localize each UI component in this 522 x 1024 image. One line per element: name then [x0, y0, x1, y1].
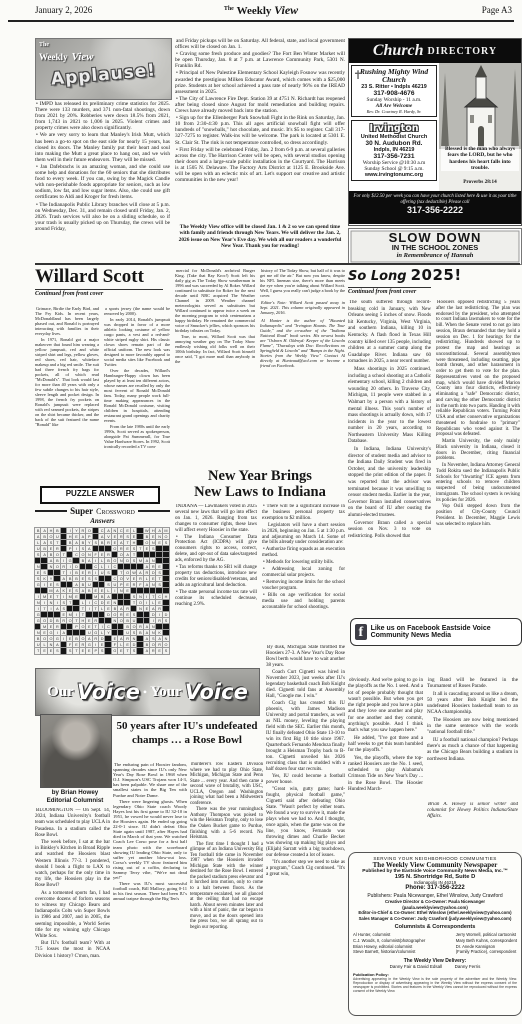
so-long-article-head: So Long 2025! Continued from front cover — [348, 266, 520, 295]
brian-howey-photo — [40, 714, 112, 788]
footer-columnists-left: Al Hunter, columnist C.J. Woods, II, col… — [353, 932, 425, 954]
rose-bowl-col4: By dusk, Michigan State throttled the Ho… — [266, 645, 345, 1013]
briefs-column-2: and Friday pickups will be on Saturday. … — [175, 38, 345, 222]
footer-staff2: Editor-in-Chief & Co-Owner: Ethel Winslo… — [353, 910, 517, 916]
willard-col1: Grimace, Birdie the Early Bird, and The … — [35, 306, 99, 482]
our-voice-word4: Voice — [185, 680, 248, 704]
church-ad1-phone: 317-908-4676 — [353, 90, 435, 97]
super-crossword-bold: Super — [70, 506, 93, 516]
church-photo-illustration — [439, 63, 521, 191]
willard-col4-text: history of The Today Show, but half of i… — [260, 268, 345, 298]
church-listing-offer: For only $12.50 per week you can have yo… — [349, 194, 521, 205]
willard-scott-article-head: Willard Scott Continued from front cover — [35, 267, 170, 297]
masthead: The Weekly View — [0, 3, 522, 18]
rose-bowl-col3: murderer's row Eastern Division where we… — [190, 762, 263, 1012]
rose-bowl-col1: BLOOMINGTON — On Sept. 14, 2024, Indiana… — [35, 808, 110, 1012]
footer-columnists-right: Jerry Wornell, political cartoonist Mary… — [456, 932, 517, 954]
rose-bowl-headline-line2: champs … a Rose Bowl — [116, 734, 258, 748]
paper-info-box: SERVING YOUR NEIGHBORHOOD COMMUNITIES Th… — [348, 852, 522, 1016]
facebook-banner-text: Like us on Facebook Eastside Voice Commu… — [371, 625, 517, 639]
crossword-grid: BAHBIYROCANCELWHAMABOUHEAPAVERSEBENOLAST… — [34, 527, 170, 655]
footer-policy-text: Advertising appearing in the Weekly View… — [353, 977, 517, 993]
slow-down-line3: in Remembrance of Hannah — [349, 252, 521, 259]
briefs-column-1: • IMPD has released its preliminary crim… — [35, 101, 170, 261]
section-rule — [35, 263, 520, 265]
church-title-script: Church — [373, 42, 424, 60]
rose-bowl-col2: The enduring pain of Hoosier fandom, spa… — [113, 762, 187, 1012]
so-long-title-year: 2025! — [411, 266, 462, 284]
footer-paper-name: The Weekly View Community Newspaper — [353, 861, 517, 869]
rose-bowl-author-bio: Brian A. Howey is senior writer and colu… — [427, 802, 518, 842]
church-ad1-pastor: Rev. Dr. Courtney R. Hardy, Sr. — [353, 109, 435, 114]
our-voice-word1: Our — [47, 684, 74, 701]
willard-col3: mercial for McDonald's archrival Burger … — [175, 268, 255, 464]
facebook-banner[interactable]: f Like us on Facebook Eastside Voice Com… — [350, 618, 522, 646]
answers-label: Answers — [35, 517, 170, 525]
new-laws-col2: • There will be a significant increase i… — [262, 504, 345, 648]
so-long-title-script: So Long — [348, 269, 407, 284]
willard-title: Willard Scott — [35, 267, 170, 287]
church-ad2-phone: 317-356-7231 — [353, 153, 435, 160]
header-rule — [8, 20, 514, 22]
willard-col4: history of The Today Show, but half of i… — [260, 268, 345, 464]
logo-view: View — [72, 51, 94, 63]
rule-left — [35, 510, 67, 512]
rose-bowl-col5: obviously. And we're going to go in the … — [348, 677, 423, 845]
new-laws-headline: New Year Brings New Laws to Indiana — [175, 468, 345, 500]
scripture-reference: Proverbs 28:14 — [441, 179, 519, 185]
church-ad-rushing-mighty-wind: ✝ Rushing Mighty Wind Church 23 S. Ritte… — [351, 65, 437, 117]
new-laws-title-line1: New Year Brings — [175, 468, 345, 484]
footer-columnists-title: Columnists & Correspondents — [353, 924, 517, 930]
newspaper-page: January 2, 2026 The Weekly View Page A3 … — [0, 0, 522, 1024]
masthead-the: The — [224, 6, 234, 12]
so-long-col2: Hoosiers opposed redistricting 5 years a… — [436, 300, 520, 614]
willard-continued: Continued from front cover — [35, 289, 163, 297]
masthead-weekly: Weekly — [237, 5, 272, 17]
church-photo: Blessed is the man who always fears the … — [439, 63, 521, 191]
our-voice-word3: Your — [150, 684, 182, 701]
church-ad1-name: Rushing Mighty Wind Church — [353, 68, 435, 84]
weekly-view-logo: TheWeekly View — [39, 42, 94, 64]
church-ad2-website[interactable]: www.irvingtonumc.org — [353, 172, 435, 178]
rose-bowl-headline: 50 years after IU's undefeated champs … … — [116, 720, 258, 747]
page-number: Page A3 — [482, 5, 512, 15]
rule-right — [138, 510, 170, 512]
byline-role: Editorial Columnist — [35, 797, 115, 805]
applause-graphic: TheWeekly View Applause! — [35, 38, 172, 100]
our-voice-word2: Voice — [77, 680, 140, 704]
puzzle-answer-label: PUZZLE ANSWER — [40, 486, 160, 504]
footer-staff3: Sales Manager & Co-Owner: Judy Crawford … — [353, 916, 517, 922]
church-directory: Church DIRECTORY ✝ Rushing Mighty Wind C… — [348, 38, 522, 226]
so-long-col1: The south suffered through record-breaki… — [348, 300, 431, 614]
church-title-caps: DIRECTORY — [428, 46, 498, 57]
church-listing-phone: 317-356-2222 — [349, 205, 521, 215]
cross-icon: ✝ — [353, 68, 363, 83]
our-voice-banner: Our Voice • Your Voice — [35, 668, 260, 716]
church-directory-header: Church DIRECTORY — [349, 39, 521, 63]
super-crossword-rest: Crossword — [96, 507, 135, 516]
slow-down-notice: SLOW DOWN IN THE SCHOOL ZONES in Remembr… — [348, 228, 522, 265]
scripture-verse: Blessed is the man who always fears the … — [441, 146, 519, 171]
logo-weekly: Weekly — [39, 52, 68, 62]
rose-bowl-headline-line1: 50 years after IU's undefeated — [116, 720, 258, 734]
masthead-view: View — [274, 3, 298, 17]
footer-staff1: Creative Director & Co-Owner: Paula Nice… — [353, 899, 517, 910]
byline-name: by Brian Howey — [35, 789, 115, 797]
church-directory-footer: For only $12.50 per week you can have yo… — [349, 191, 521, 224]
super-crossword-header: Super Crossword — [35, 506, 170, 516]
so-long-continued: Continued from front cover — [348, 287, 431, 295]
our-voice-dot: • — [143, 685, 147, 700]
willard-author-bio: Al Hunter is the author of "Haunted Indi… — [260, 318, 345, 368]
new-laws-col1: INDIANA — Lawmakers voted in 2025 severa… — [175, 504, 257, 648]
footer-delivery-names: Danny Fair & David Edsall Danny Ferris — [353, 964, 517, 969]
willard-editors-note: Editor's Note: Willard Scott passed away… — [260, 300, 345, 315]
logo-the: The — [39, 42, 94, 48]
church-ad-irvington-umc: Irvington United Methodist Church 30 N. … — [351, 120, 437, 181]
willard-col2: a sports jersey (the name would be remov… — [104, 306, 170, 482]
church-ad2-address: 30 N. Audubon Rd. — [353, 140, 435, 147]
footer-phone: Phone: 317-356-2222 — [353, 885, 517, 891]
slow-down-line2: IN THE SCHOOL ZONES — [349, 244, 521, 252]
byline: by Brian Howey Editorial Columnist — [35, 789, 115, 804]
facebook-icon: f — [355, 624, 367, 640]
church-ad2-name: Irvington — [353, 123, 435, 134]
rose-bowl-col6: ing Band will be featured in the Tournam… — [427, 677, 518, 799]
new-laws-title-line2: New Laws to Indiana — [175, 484, 345, 500]
office-closed-notice: The Weekly View office will be closed Ja… — [175, 224, 345, 262]
